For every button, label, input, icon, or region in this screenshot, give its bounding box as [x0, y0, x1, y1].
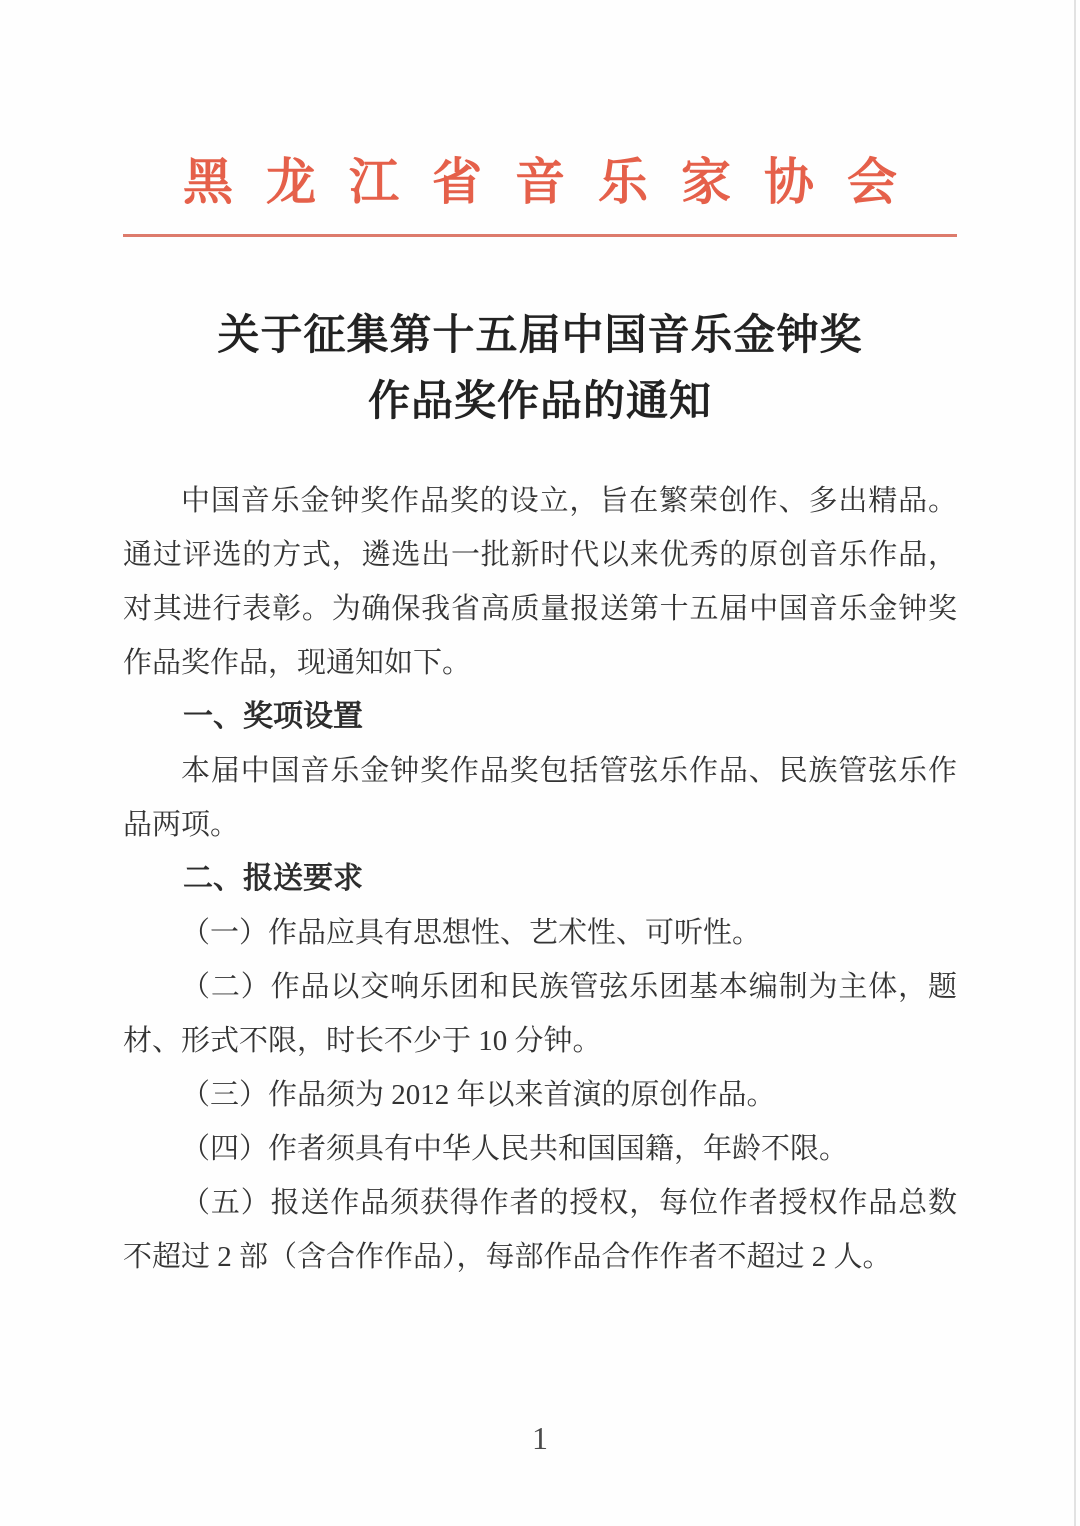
- document-body: 中国音乐金钟奖作品奖的设立，旨在繁荣创作、多出精品。通过评选的方式，遴选出一批新…: [123, 474, 957, 1284]
- section-heading-submission-requirements: 二、报送要求: [123, 852, 957, 906]
- organization-name: 黑龙江省音乐家协会: [0, 0, 1080, 214]
- page-number: 1: [532, 1420, 548, 1456]
- submission-requirement-item-3: （三）作品须为 2012 年以来首演的原创作品。: [123, 1068, 957, 1122]
- letterhead-divider-line: [123, 234, 957, 237]
- scan-edge-artifact: [1074, 0, 1076, 1526]
- section-heading-award-setup: 一、奖项设置: [123, 690, 957, 744]
- section-award-setup-paragraph: 本届中国音乐金钟奖作品奖包括管弦乐作品、民族管弦乐作品两项。: [123, 744, 957, 852]
- document-title: 关于征集第十五届中国音乐金钟奖 作品奖作品的通知: [0, 303, 1080, 435]
- submission-requirement-item-4: （四）作者须具有中华人民共和国国籍，年龄不限。: [123, 1122, 957, 1176]
- document-title-line1: 关于征集第十五届中国音乐金钟奖: [0, 303, 1080, 369]
- document-title-line2: 作品奖作品的通知: [0, 369, 1080, 435]
- page-footer: 1: [0, 1416, 1080, 1460]
- submission-requirement-item-2: （二）作品以交响乐团和民族管弦乐团基本编制为主体，题材、形式不限，时长不少于 1…: [123, 960, 957, 1068]
- submission-requirement-item-5: （五）报送作品须获得作者的授权，每位作者授权作品总数不超过 2 部（含合作作品）…: [123, 1176, 957, 1284]
- letterhead: 黑龙江省音乐家协会: [0, 0, 1080, 237]
- document-page: 黑龙江省音乐家协会 关于征集第十五届中国音乐金钟奖 作品奖作品的通知 中国音乐金…: [0, 0, 1080, 1526]
- submission-requirement-item-1: （一）作品应具有思想性、艺术性、可听性。: [123, 906, 957, 960]
- intro-paragraph: 中国音乐金钟奖作品奖的设立，旨在繁荣创作、多出精品。通过评选的方式，遴选出一批新…: [123, 474, 957, 690]
